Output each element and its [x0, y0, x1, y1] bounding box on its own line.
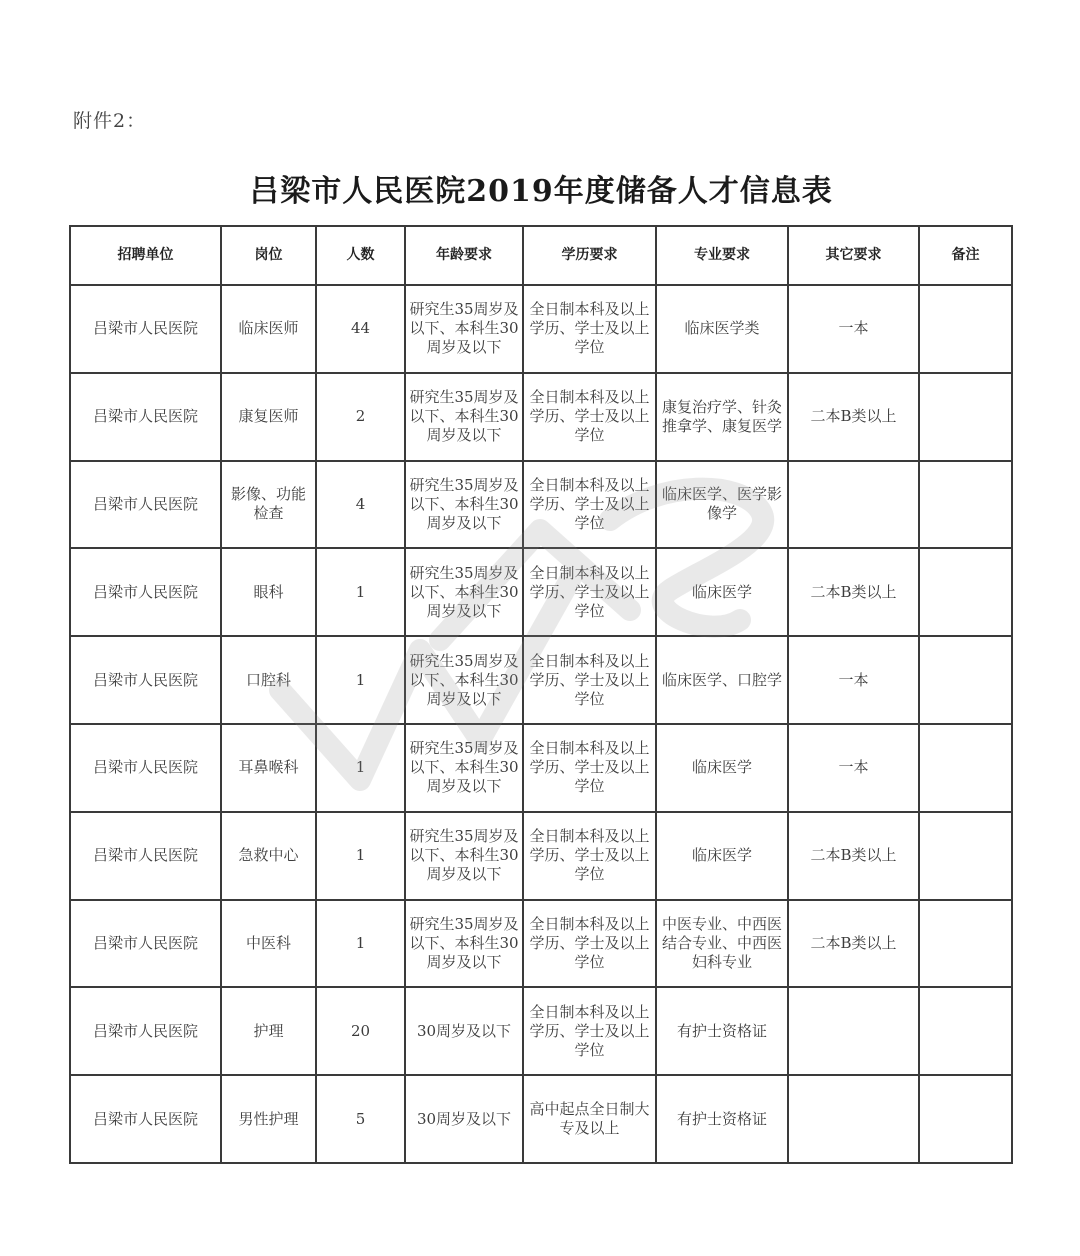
header-age-requirement: 年龄要求 — [405, 226, 523, 285]
cell-unit: 吕梁市人民医院 — [70, 548, 221, 636]
cell-count: 1 — [316, 636, 405, 724]
header-major-requirement: 专业要求 — [656, 226, 788, 285]
cell-unit: 吕梁市人民医院 — [70, 285, 221, 373]
table-row: 吕梁市人民医院 中医科 1 研究生35周岁及以下、本科生30周岁及以下 全日制本… — [70, 900, 1012, 988]
cell-other — [788, 987, 919, 1075]
header-education-requirement: 学历要求 — [523, 226, 656, 285]
header-remarks: 备注 — [919, 226, 1012, 285]
cell-remarks — [919, 1075, 1012, 1163]
cell-other: 二本B类以上 — [788, 373, 919, 461]
cell-other: 二本B类以上 — [788, 548, 919, 636]
table-header-row: 招聘单位 岗位 人数 年龄要求 学历要求 专业要求 其它要求 备注 — [70, 226, 1012, 285]
document-title: 吕梁市人民医院2019年度储备人才信息表 — [0, 166, 1080, 210]
cell-other: 一本 — [788, 285, 919, 373]
cell-count: 1 — [316, 900, 405, 988]
cell-count: 2 — [316, 373, 405, 461]
cell-age: 研究生35周岁及以下、本科生30周岁及以下 — [405, 373, 523, 461]
cell-remarks — [919, 812, 1012, 900]
table-row: 吕梁市人民医院 康复医师 2 研究生35周岁及以下、本科生30周岁及以下 全日制… — [70, 373, 1012, 461]
cell-education: 高中起点全日制大专及以上 — [523, 1075, 656, 1163]
cell-count: 20 — [316, 987, 405, 1075]
cell-education: 全日制本科及以上学历、学士及以上学位 — [523, 373, 656, 461]
cell-unit: 吕梁市人民医院 — [70, 636, 221, 724]
cell-remarks — [919, 461, 1012, 549]
cell-position: 口腔科 — [221, 636, 316, 724]
cell-count: 1 — [316, 724, 405, 812]
cell-age: 研究生35周岁及以下、本科生30周岁及以下 — [405, 548, 523, 636]
cell-remarks — [919, 636, 1012, 724]
cell-other: 一本 — [788, 724, 919, 812]
cell-other: 一本 — [788, 636, 919, 724]
cell-major: 临床医学 — [656, 548, 788, 636]
cell-count: 44 — [316, 285, 405, 373]
cell-age: 研究生35周岁及以下、本科生30周岁及以下 — [405, 461, 523, 549]
cell-position: 男性护理 — [221, 1075, 316, 1163]
cell-unit: 吕梁市人民医院 — [70, 461, 221, 549]
cell-other — [788, 1075, 919, 1163]
cell-education: 全日制本科及以上学历、学士及以上学位 — [523, 812, 656, 900]
cell-age: 30周岁及以下 — [405, 1075, 523, 1163]
cell-major: 临床医学 — [656, 812, 788, 900]
talent-info-table: 招聘单位 岗位 人数 年龄要求 学历要求 专业要求 其它要求 备注 吕梁市人民医… — [69, 225, 1013, 1164]
cell-count: 1 — [316, 548, 405, 636]
cell-count: 1 — [316, 812, 405, 900]
cell-remarks — [919, 548, 1012, 636]
cell-education: 全日制本科及以上学历、学士及以上学位 — [523, 900, 656, 988]
cell-education: 全日制本科及以上学历、学士及以上学位 — [523, 636, 656, 724]
cell-position: 中医科 — [221, 900, 316, 988]
header-other-requirements: 其它要求 — [788, 226, 919, 285]
cell-other: 二本B类以上 — [788, 900, 919, 988]
cell-unit: 吕梁市人民医院 — [70, 812, 221, 900]
cell-position: 眼科 — [221, 548, 316, 636]
cell-major: 临床医学、医学影像学 — [656, 461, 788, 549]
table-row: 吕梁市人民医院 影像、功能检查 4 研究生35周岁及以下、本科生30周岁及以下 … — [70, 461, 1012, 549]
cell-education: 全日制本科及以上学历、学士及以上学位 — [523, 987, 656, 1075]
table-row: 吕梁市人民医院 临床医师 44 研究生35周岁及以下、本科生30周岁及以下 全日… — [70, 285, 1012, 373]
cell-position: 急救中心 — [221, 812, 316, 900]
cell-unit: 吕梁市人民医院 — [70, 900, 221, 988]
cell-education: 全日制本科及以上学历、学士及以上学位 — [523, 285, 656, 373]
table-row: 吕梁市人民医院 耳鼻喉科 1 研究生35周岁及以下、本科生30周岁及以下 全日制… — [70, 724, 1012, 812]
cell-unit: 吕梁市人民医院 — [70, 373, 221, 461]
cell-other: 二本B类以上 — [788, 812, 919, 900]
cell-position: 康复医师 — [221, 373, 316, 461]
cell-age: 研究生35周岁及以下、本科生30周岁及以下 — [405, 724, 523, 812]
cell-unit: 吕梁市人民医院 — [70, 1075, 221, 1163]
cell-age: 研究生35周岁及以下、本科生30周岁及以下 — [405, 900, 523, 988]
cell-remarks — [919, 285, 1012, 373]
cell-position: 护理 — [221, 987, 316, 1075]
cell-position: 耳鼻喉科 — [221, 724, 316, 812]
header-position: 岗位 — [221, 226, 316, 285]
cell-unit: 吕梁市人民医院 — [70, 987, 221, 1075]
cell-major: 康复治疗学、针灸推拿学、康复医学 — [656, 373, 788, 461]
cell-position: 影像、功能检查 — [221, 461, 316, 549]
table-row: 吕梁市人民医院 急救中心 1 研究生35周岁及以下、本科生30周岁及以下 全日制… — [70, 812, 1012, 900]
cell-position: 临床医师 — [221, 285, 316, 373]
table-row: 吕梁市人民医院 眼科 1 研究生35周岁及以下、本科生30周岁及以下 全日制本科… — [70, 548, 1012, 636]
table-row: 吕梁市人民医院 口腔科 1 研究生35周岁及以下、本科生30周岁及以下 全日制本… — [70, 636, 1012, 724]
header-recruiting-unit: 招聘单位 — [70, 226, 221, 285]
cell-education: 全日制本科及以上学历、学士及以上学位 — [523, 724, 656, 812]
table-row: 吕梁市人民医院 护理 20 30周岁及以下 全日制本科及以上学历、学士及以上学位… — [70, 987, 1012, 1075]
cell-major: 中医专业、中西医结合专业、中西医妇科专业 — [656, 900, 788, 988]
cell-remarks — [919, 987, 1012, 1075]
cell-unit: 吕梁市人民医院 — [70, 724, 221, 812]
cell-remarks — [919, 373, 1012, 461]
cell-education: 全日制本科及以上学历、学士及以上学位 — [523, 461, 656, 549]
cell-education: 全日制本科及以上学历、学士及以上学位 — [523, 548, 656, 636]
cell-other — [788, 461, 919, 549]
attachment-label: 附件2： — [73, 106, 146, 133]
cell-remarks — [919, 900, 1012, 988]
cell-remarks — [919, 724, 1012, 812]
cell-major: 临床医学 — [656, 724, 788, 812]
cell-count: 5 — [316, 1075, 405, 1163]
cell-major: 有护士资格证 — [656, 1075, 788, 1163]
cell-age: 研究生35周岁及以下、本科生30周岁及以下 — [405, 285, 523, 373]
cell-age: 研究生35周岁及以下、本科生30周岁及以下 — [405, 812, 523, 900]
cell-age: 研究生35周岁及以下、本科生30周岁及以下 — [405, 636, 523, 724]
table-row: 吕梁市人民医院 男性护理 5 30周岁及以下 高中起点全日制大专及以上 有护士资… — [70, 1075, 1012, 1163]
cell-age: 30周岁及以下 — [405, 987, 523, 1075]
cell-count: 4 — [316, 461, 405, 549]
header-count: 人数 — [316, 226, 405, 285]
cell-major: 临床医学、口腔学 — [656, 636, 788, 724]
cell-major: 有护士资格证 — [656, 987, 788, 1075]
cell-major: 临床医学类 — [656, 285, 788, 373]
